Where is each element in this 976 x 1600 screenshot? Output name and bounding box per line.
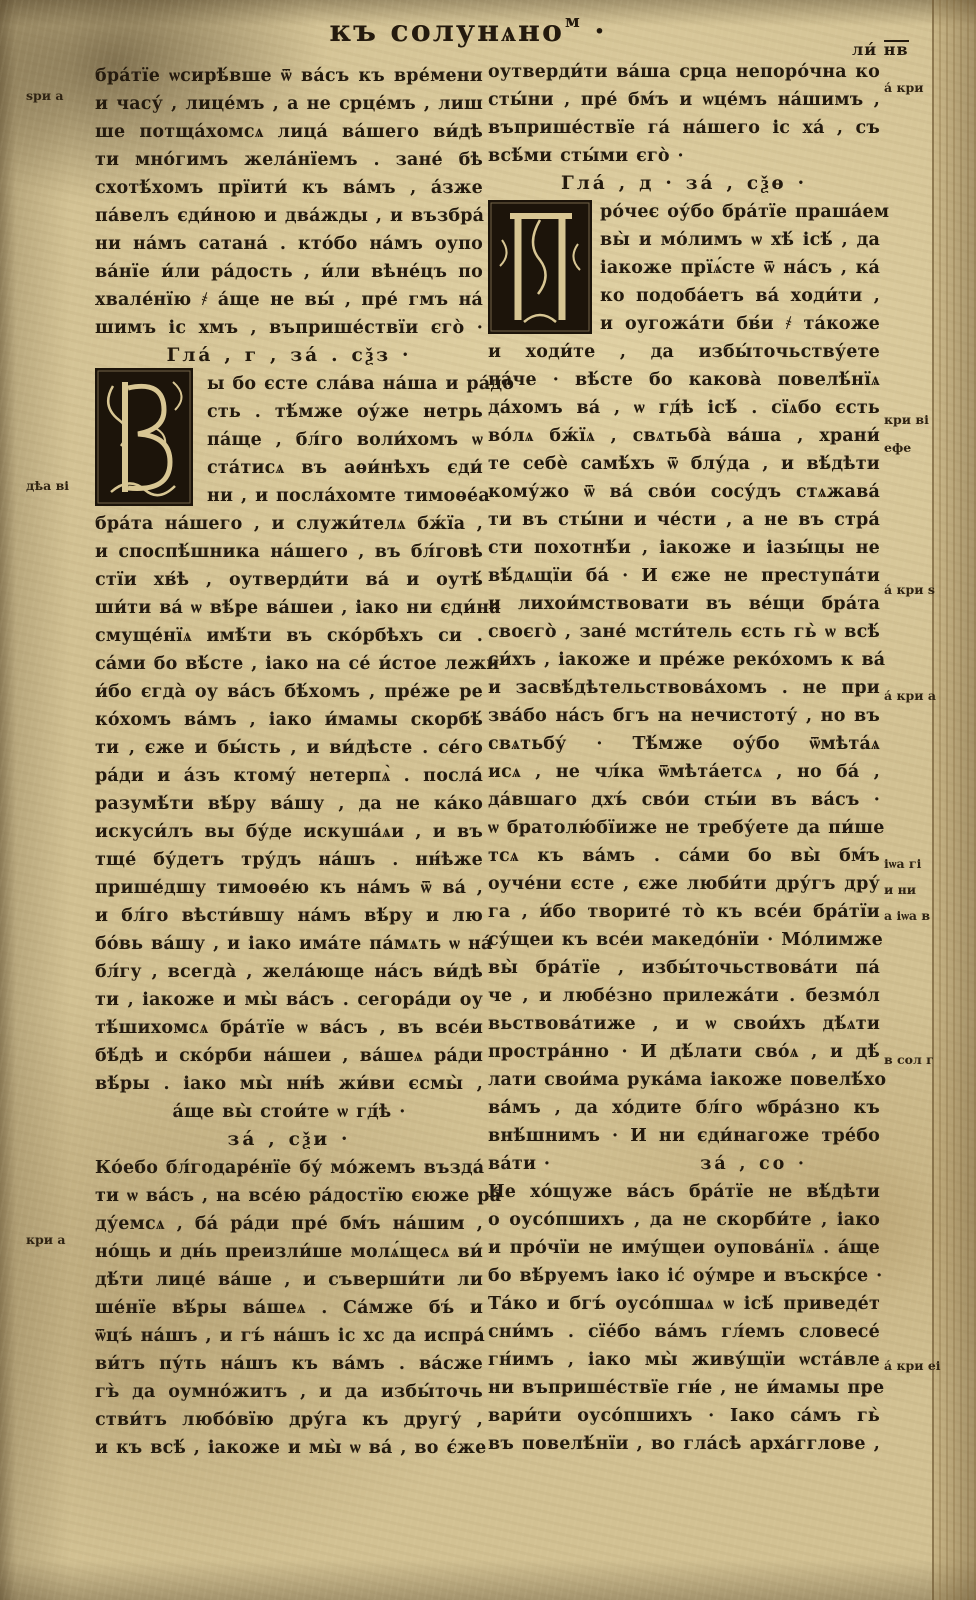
text-line: тще́ бу́детъ тру́дъ на́шъ . нн́ѣже [95,846,483,874]
text-line: ду́емсѧ , ба́ ра́ди пре́ бм́ъ на́шим , [95,1210,483,1238]
margin-note: а́ кри ѕ [884,582,935,597]
margin-note: а́ кри а [884,688,936,703]
text-line: ро́чеє оу́бо бра́тїе праша́ем [600,198,880,226]
text-line: и часу́ , лице́мъ , а не срце́мъ , лиш [95,90,483,118]
text-line: и къ всѣ́ , іакоже и мы̀ ѡ ва́ , во є́же [95,1434,483,1462]
text-line: ти ѡ ва́съ , на все́ю ра́достїю єюже ра́ [95,1182,483,1210]
text-line: су́щеи къ все́и македо́нїи · Мо́лимже [488,926,880,954]
text-line: лати свои́ма рука́ма іакоже повелѣ́хо [488,1066,880,1094]
folio-prefix: ли́ [852,40,877,59]
text-line: кому́жо ѿ ва́ сво́и сосу́дъ стѧжава́ [488,478,880,506]
text-line: да́хомъ ва́ , ѡ гд́ѣ ісѣ́ . сїѧбо єсть [488,394,880,422]
text-line: всѣ́ми сты́ми єго̀ · [488,142,880,170]
text-line: ти , єже и бы́сть , и ви́дѣсте . се́го [95,734,483,762]
text-line: смуще́нїѧ имѣ́ти въ ско́рбѣхъ си . [95,622,483,650]
text-line: че , и любе́зно прилежа́ти . безмо́л [488,982,880,1010]
text-line: ва́нїе и́ли ра́дость , и́ли вѣне́цъ по [95,258,483,286]
margin-note: іѡа гі [884,856,921,872]
text-line: ни въприше́ствїе гн́е , не и́мамы пре [488,1374,880,1402]
woodcut-initial-v [95,368,193,506]
chapter-heading: Гла́ , г , за́ . сѯз · [95,342,483,370]
text-line: но́щь и дн́ь преизли́ше молѧ́щесѧ ви́ [95,1238,483,1266]
text-line: ы бо єсте сла́ва на́ша и ра́до [207,370,483,398]
text-line: искуси́лъ вы бу́де искуша́ѧи , и въ [95,818,483,846]
text-line: гъ̀ да оумно́житъ , и да избы́точь [95,1378,483,1406]
text-line: бра́тїе ѡсирѣ́вше ѿ ва́съ къ вре́мени [95,62,483,90]
text-line: и́бо єгда̀ оу ва́съ бѣ́хомъ , пре́же ре [95,678,483,706]
text-line: са́ми бо вѣ́сте , іако на се́ и́стое леж… [95,650,483,678]
text-line: бѣ́дѣ и ско́рби на́шеи , ва́шеѧ ра́ди [95,1042,483,1070]
text-line: оуче́ни єсте , єже люби́ти дру́гъ дру́ [488,870,880,898]
text-line: ти мно́гимъ жела́нїемъ . зане́ бѣ [95,146,483,174]
margin-note: а іѡа в [884,908,930,924]
running-title-dot: · [594,14,606,49]
text-line: Ко́ебо бл́годаре́нїе бу́ мо́жемъ възда́ [95,1154,483,1182]
text-line: схотѣ́хомъ прїити́ къ ва́мъ , а́зже [95,174,483,202]
text-line: и бл́го вѣсти́вшу на́мъ вѣ́ру и лю [95,902,483,930]
text-line: ко́хомъ ва́мъ , іако и́мамы скорбѣ́ [95,706,483,734]
text-line: свѧтьбу́ · Тѣ́мже оу́бо ѿмѣта́ѧ [488,730,880,758]
text-line: гн́имъ , іако мы̀ живу́щїи ѡста́вле [488,1346,880,1374]
margin-notes-left: ѕри адѣа вікри а [26,0,92,1600]
text-line: а́ще вы̀ стои́те ѡ гд́ѣ · [95,1098,483,1126]
text-line: сни́мъ . сїе́бо ва́мъ гл́емъ словесе́ [488,1318,880,1346]
text-line: іакоже прїѧ́сте ѿ на́съ , ка́ [600,254,880,282]
text-line: бо́вь ва́шу , и іако има́те па́мѧть ѡ на… [95,930,483,958]
running-title: къ солунѧном · [0,12,956,49]
text-column-right: оутверди́ти ва́ша срца непоро́чна косты́… [488,58,880,1458]
text-line: хвале́нїю ҂ а́ще не вы́ , пре́ гмъ на́ [95,286,483,314]
text-line: прише́дшу тимоѳе́ю къ на́мъ ѿ ва́ , [95,874,483,902]
text-line: бра́та на́шего , и служи́телѧ бж́їа , [95,510,483,538]
text-line: зва́бо на́съ бгъ на нечистоту́ , но въ [488,702,880,730]
text-line-fragment: ва́ти · [488,1150,550,1178]
margin-note: и ни [884,882,916,897]
woodcut-initial-p [488,200,592,334]
text-line: внѣ́шнимъ · И ни єди́нагоже тре́бо [488,1122,880,1150]
text-line: и оугожа́ти бв́и ҂ та́коже [600,310,880,338]
text-line: и про́чїи не иму́щеи оупова́нїѧ . а́ще [488,1234,880,1262]
text-line: па́че · вѣ́сте бо какова̀ повелѣ́нїѧ [488,366,880,394]
text-line: дѣ́ти лице́ ва́ше , и съверши́ти ли [95,1266,483,1294]
margin-note: ефе [884,440,911,455]
margin-note: ѕри а [26,88,64,103]
text-line: вѣ́дѧщїи ба́ · И єже не преступа́ти [488,562,880,590]
text-line: ни на́мъ сатана́ . кто́бо на́мъ оупо [95,230,483,258]
text-line: ѿцъ́ на́шъ , и гъ́ на́шъ іс хс да испра́ [95,1322,483,1350]
text-line: сти похотнѣ́и , іакоже и іазы́цы не [488,534,880,562]
text-line: ва́мъ , да хо́дите бл́го ѡбра́зно къ [488,1094,880,1122]
running-title-superscript: м [565,12,582,32]
text-line: вѣ́ры . іако мы̀ нн́ѣ жи́ви єсмы̀ , [95,1070,483,1098]
text-line: ши́ти ва́ ѡ вѣ́ре ва́шеи , іако ни єди́н… [95,594,483,622]
inline-zachalo-heading: за́ , со · [700,1150,807,1178]
chapter-heading: за́ , сѯи · [95,1126,483,1154]
text-line: сты́ни , пре́ бм́ъ и ѡце́мъ на́шимъ , [488,86,880,114]
text-line: си́хъ , іакоже и пре́же реко́хомъ к ва́ [488,646,880,674]
text-line: вы̀ и мо́лимъ ѡ хѣ́ ісѣ́ , да [600,226,880,254]
text-column-left: бра́тїе ѡсирѣ́вше ѿ ва́съ къ вре́мении ч… [95,62,483,1462]
text-line: па́велъ єди́ною и два́жды , и възбра́ [95,202,483,230]
text-line: во́лѧ бж́їѧ , свѧтьба̀ ва́ша , храни́ [488,422,880,450]
text-line: о оусо́пшихъ , да не скорби́те , іако [488,1206,880,1234]
text-line: те себѐ самѣ́хъ ѿ блу́да , и вѣ́дѣти [488,450,880,478]
text-line: въприше́ствїе га́ на́шего іс ха́ , съ [488,114,880,142]
text-line: Та́ко и бгъ́ оусо́пшаѧ ѡ ісѣ́ приведе́т [488,1290,880,1318]
text-line: и лихои́мствовати въ ве́щи бра́та [488,590,880,618]
text-line: ви́тъ пу́ть на́шъ къ ва́мъ . ва́сже [95,1350,483,1378]
chapter-heading: Гла́ , д · за́ , сѯѳ · [488,170,880,198]
text-line: оутверди́ти ва́ша срца непоро́чна ко [488,58,880,86]
margin-note: кри а [26,1232,66,1247]
text-line: и засвѣ́дѣтельствова́хомъ . не при [488,674,880,702]
margin-note: кри ві [884,412,929,427]
text-line: своєго̀ , зане́ мсти́тель єсть гь̀ ѡ всѣ… [488,618,880,646]
text-line: въ повелѣ́нїи , во гла́сѣ арха́гглове , [488,1430,880,1458]
text-line: стїи хв́ѣ , оутверди́ти ва́ и оутѣ́ [95,566,483,594]
text-line: стви́тъ любо́вїю дру́га къ другу́ , [95,1406,483,1434]
text-line: ше́нїе вѣ́ры ва́шеѧ . Са́мже бъ́ и [95,1294,483,1322]
text-line: сть . тѣ́мже оу́же нетрь [207,398,483,426]
text-line: и ходи́те , да избы́точьству́ете [488,338,880,366]
text-line: и споспѣ́шника на́шего , въ бл́говѣ [95,538,483,566]
text-line: ше потща́хомсѧ лица́ ва́шего ви́дѣ [95,118,483,146]
text-line: Не хо́щуже ва́съ бра́тїе не вѣ́дѣти [488,1178,880,1206]
text-line: вьствова́тиже , и ѡ свои́хъ дѣ́ѧти [488,1010,880,1038]
running-title-text: къ солунѧно [329,14,564,49]
margin-notes-right: а́ крикри віефеа́ кри ѕа́ кри аіѡа гіи н… [884,0,974,1600]
book-page-scan: къ солунѧном · ли́ нв бра́тїе ѡсирѣ́вше … [0,0,976,1600]
margin-note: дѣа ві [26,478,69,493]
text-line: бл́гу , всегда̀ , жела́юще на́съ ви́дѣ [95,958,483,986]
text-line: вы̀ бра́тїе , избы́точьствова́ти па́ [488,954,880,982]
text-line: ста́тисѧ въ аѳи́нѣхъ єди́ [207,454,483,482]
text-line: тсѧ къ ва́мъ . са́ми бо вы̀ бм́ъ [488,842,880,870]
text-line: ѡ братолю́бїиже не требу́ете да пи́ше [488,814,880,842]
margin-note: а́ кри [884,80,924,95]
text-line: простра́нно · И дѣ́лати сво́ѧ , и дѣ́ [488,1038,880,1066]
text-line: да́вшаго дхъ́ сво́и сты́и въ ва́съ · [488,786,880,814]
text-line: исѧ , не чл́ка ѿмѣта́етсѧ , но ба́ , [488,758,880,786]
text-line: ти въ сты́ни и че́сти , а не въ стра́ [488,506,880,534]
text-line: бо вѣ́руемъ іако іс́ оу́мре и въскр́се · [488,1262,880,1290]
text-line: па́ще , бл́го воли́хомъ ѡ [207,426,483,454]
text-line: ра́ди и а́зъ ктому́ нетерпѧ̀ . посла́ [95,762,483,790]
text-line: га , и́бо творите́ то̀ къ все́и бра́тїи [488,898,880,926]
text-line: разумѣ́ти вѣ́ру ва́шу , да не ка́ко [95,790,483,818]
margin-note: а́ кри еі [884,1358,941,1373]
text-line: ни , и посла́хомте тимоѳе́а [207,482,483,510]
margin-note: в сол г [884,1052,934,1067]
text-line: вари́ти оусо́пшихъ · Іако са́мъ гь̀ [488,1402,880,1430]
text-line: шимъ іс хмъ , въприше́ствїи єго̀ · [95,314,483,342]
text-line: ва́ти ·за́ , со · [488,1150,880,1178]
text-line: ти , іакоже и мы̀ ва́съ . сегора́ди оу [95,986,483,1014]
text-line: ко подоба́етъ ва́ ходи́ти , [600,282,880,310]
text-line: тѣ́шихомсѧ бра́тїе ѡ ва́съ , въ все́и [95,1014,483,1042]
